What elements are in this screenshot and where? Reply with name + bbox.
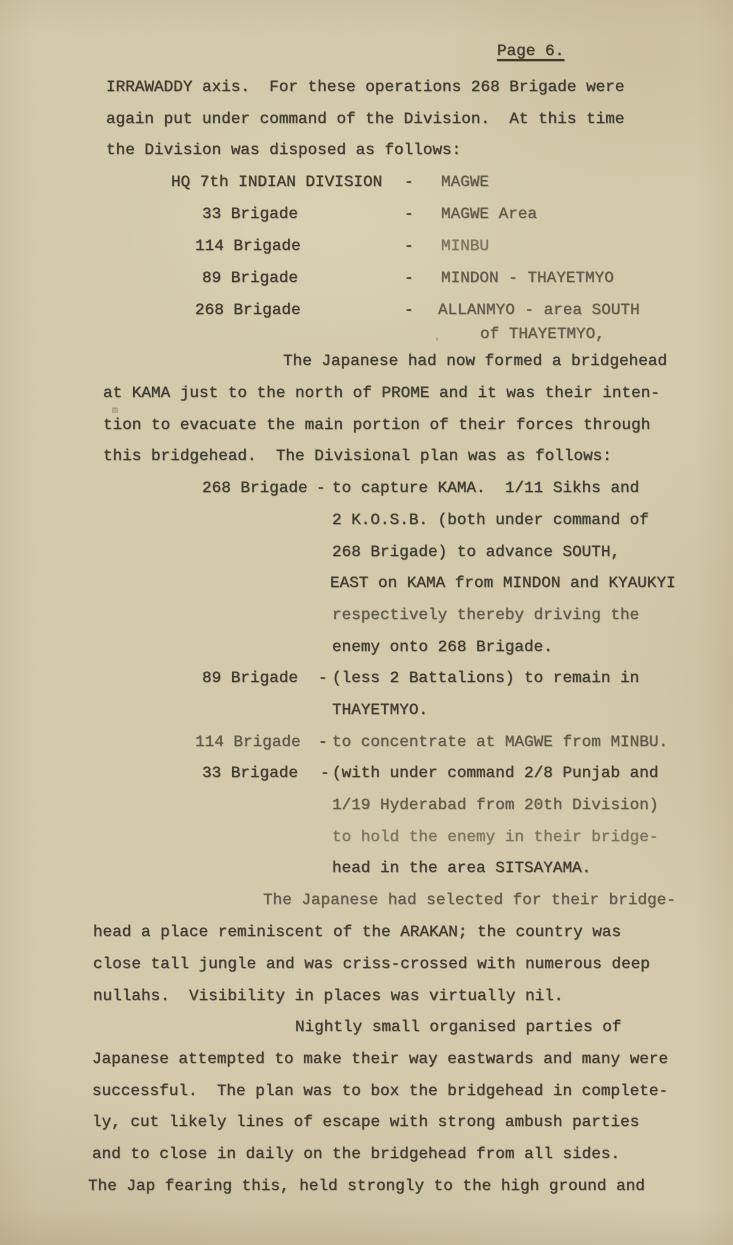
para3-line4: nullahs. Visibility in places was virtua… xyxy=(93,986,563,1006)
disposition-hq-location: MAGWE xyxy=(441,172,489,192)
disposition-89-dash: - xyxy=(404,268,414,288)
disposition-268-location-wrap: of THAYETMYO, xyxy=(480,324,605,344)
plan-33-line1: (with under command 2/8 Punjab and xyxy=(332,763,658,783)
plan-33-line2: 1/19 Hyderabad from 20th Division) xyxy=(332,795,658,815)
disposition-268-location: ALLANMYO - area SOUTH xyxy=(438,300,640,320)
disposition-hq-unit: HQ 7th INDIAN DIVISION xyxy=(171,172,382,192)
para2-line2: at KAMA just to the north of PROME and i… xyxy=(103,383,660,403)
para3-line2: head a place reminiscent of the ARAKAN; … xyxy=(93,922,621,942)
para4-line1: Nightly small organised parties of xyxy=(295,1017,621,1037)
plan-89-line1: (less 2 Battalions) to remain in xyxy=(332,668,639,688)
para4-line5: and to close in daily on the bridgehead … xyxy=(92,1144,620,1164)
para2-line4: this bridgehead. The Divisional plan was… xyxy=(103,446,612,466)
plan-33-line4: head in the area SITSAYAMA. xyxy=(332,858,591,878)
plan-268-line3: 268 Brigade) to advance SOUTH, xyxy=(332,542,620,562)
para3-line3: close tall jungle and was criss-crossed … xyxy=(93,954,650,974)
disposition-33-dash: - xyxy=(404,204,414,224)
disposition-89-unit: 89 Brigade xyxy=(202,268,298,288)
plan-89-line2: THAYETMYO. xyxy=(332,700,428,720)
para4-line6: The Jap fearing this, held strongly to t… xyxy=(88,1176,645,1196)
plan-268-dash: - xyxy=(316,478,326,498)
typewritten-text-block: Page 6.IRRAWADDY axis. For these operati… xyxy=(0,0,733,1245)
document-page: Page 6.IRRAWADDY axis. For these operati… xyxy=(0,0,733,1245)
plan-33-line3: to hold the enemy in their bridge- xyxy=(332,827,658,847)
disposition-33-unit: 33 Brigade xyxy=(202,204,298,224)
plan-114-line1: to concentrate at MAGWE from MINBU. xyxy=(332,732,668,752)
disposition-33-location: MAGWE Area xyxy=(441,204,537,224)
plan-33-dash: - xyxy=(320,763,330,783)
plan-268-line1: to capture KAMA. 1/11 Sikhs and xyxy=(332,478,639,498)
disposition-hq-dash: - xyxy=(404,172,414,192)
para4-line2: Japanese attempted to make their way eas… xyxy=(92,1049,668,1069)
plan-268-line6: enemy onto 268 Brigade. xyxy=(332,637,553,657)
para4-line4: ly, cut likely lines of escape with stro… xyxy=(92,1112,639,1132)
plan-89-dash: - xyxy=(318,668,328,688)
plan-268-line5: respectively thereby driving the xyxy=(332,605,639,625)
para1-line2: again put under command of the Division.… xyxy=(106,109,624,129)
plan-114-dash: - xyxy=(318,732,328,752)
para2-line1: The Japanese had now formed a bridgehead xyxy=(283,351,667,371)
disposition-114-unit: 114 Brigade xyxy=(195,236,301,256)
para1-line3: the Division was disposed as follows: xyxy=(106,140,461,160)
para2-line3: tion to evacuate the main portion of the… xyxy=(103,415,650,435)
disposition-89-location: MINDON - THAYETMYO xyxy=(441,268,614,288)
disposition-268-unit: 268 Brigade xyxy=(195,300,301,320)
page-number: Page 6. xyxy=(497,41,564,61)
plan-268-unit: 268 Brigade xyxy=(202,478,308,498)
plan-114-unit: 114 Brigade xyxy=(195,732,301,752)
para4-line3: successful. The plan was to box the brid… xyxy=(92,1081,668,1101)
plan-33-unit: 33 Brigade xyxy=(202,763,298,783)
para3-line1: The Japanese had selected for their brid… xyxy=(263,890,676,910)
disposition-114-location: MINBU xyxy=(441,236,489,256)
plan-268-line4: EAST on KAMA from MINDON and KYAUKYI xyxy=(330,573,676,593)
plan-89-unit: 89 Brigade xyxy=(202,668,298,688)
disposition-114-dash: - xyxy=(404,236,414,256)
plan-268-line2: 2 K.O.S.B. (both under command of xyxy=(332,510,649,530)
disposition-268-dash: - xyxy=(404,300,414,320)
para1-line1: IRRAWADDY axis. For these operations 268… xyxy=(106,77,624,97)
